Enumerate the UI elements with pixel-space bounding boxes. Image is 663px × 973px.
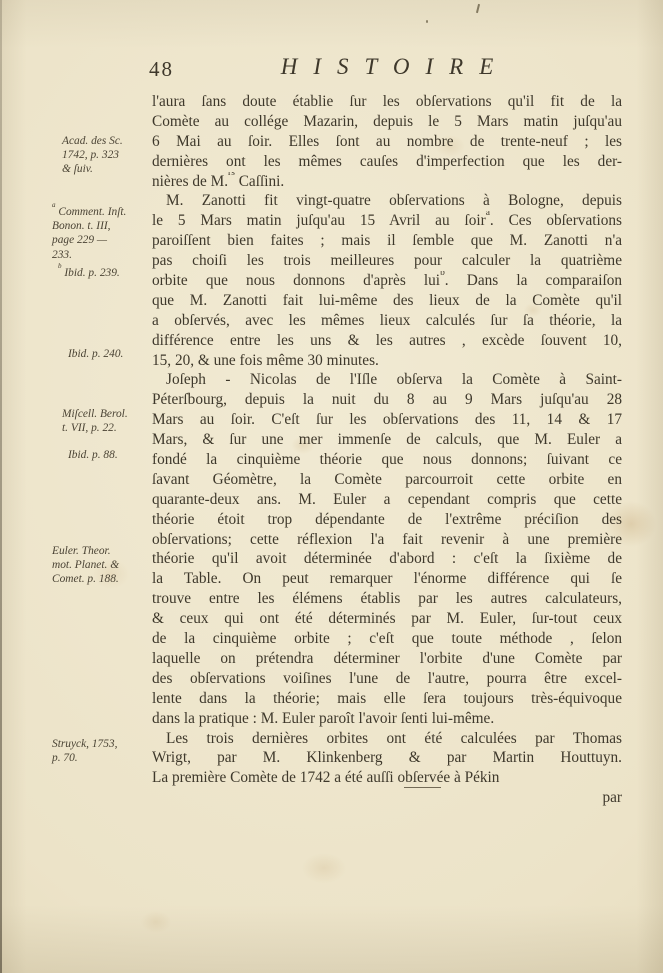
text-line: 6 Mai au ſoir. Elles ſont au nombre de t… bbox=[152, 132, 622, 152]
text-line: quarante-deux ans. M. Euler a cependant … bbox=[152, 490, 622, 510]
margin-note: Euler. Theor.mot. Planet. &Comet. p. 188… bbox=[52, 544, 150, 587]
margin-note: Ibid. p. 88. bbox=[52, 448, 166, 462]
text-line: a obſervés, avec les mêmes lieux calculé… bbox=[152, 311, 622, 331]
text-line: obſervations; cette réflexion l'a fait r… bbox=[152, 530, 622, 550]
margin-note-line: mot. Planet. & bbox=[52, 558, 150, 572]
text-line: laquelle on prétendra déterminer l'orbit… bbox=[152, 649, 622, 669]
text-line: orbite que nous donnons d'après luib. Da… bbox=[152, 271, 622, 291]
text-line: lente dans la théorie; mais elle ſera to… bbox=[152, 689, 622, 709]
margin-note-line: page 229 — bbox=[52, 233, 150, 247]
text-line: & ceux qui ont été déterminés par M. Eul… bbox=[152, 609, 622, 629]
paragraph: Joſeph - Nicolas de l'Iſle obſerva la Co… bbox=[152, 370, 622, 728]
margin-note: a Comment. Inſt.Bonon. t. III,page 229 —… bbox=[52, 205, 150, 262]
ink-fleck bbox=[476, 4, 480, 13]
margin-note-line: Euler. Theor. bbox=[52, 544, 150, 558]
paragraph: M. Zanotti fit vingt-quatre obſervations… bbox=[152, 191, 622, 370]
text-line: M. Zanotti fit vingt-quatre obſervations… bbox=[152, 191, 622, 211]
text-line: différence entre les uns & les autres , … bbox=[152, 331, 622, 351]
paragraph: Les trois dernières orbites ont été calc… bbox=[152, 729, 622, 789]
catchword: par bbox=[152, 789, 622, 807]
text-line: Mars au ſoir. C'eſt ſur les obſervations… bbox=[152, 410, 622, 430]
margin-note-line: Acad. des Sc. bbox=[62, 134, 160, 148]
paper-stain bbox=[134, 906, 178, 938]
text-line: fondé la cinquième théorie que nous donn… bbox=[152, 450, 622, 470]
margin-note-line: 233. bbox=[52, 248, 150, 262]
text-line: des obſervations voiſines l'une de l'aut… bbox=[152, 669, 622, 689]
margin-note-line: p. 70. bbox=[52, 751, 150, 765]
text-line: la Table. On peut remarquer l'énorme dif… bbox=[152, 569, 622, 589]
text-line: paroiſſent bien faites ; mais il ſemble … bbox=[152, 231, 622, 251]
margin-note-line: Comet. p. 188. bbox=[52, 572, 150, 586]
margin-note: Acad. des Sc.1742, p. 323& ſuiv. bbox=[52, 134, 160, 177]
margin-note: b Ibid. p. 239. bbox=[52, 266, 156, 280]
page-edge-shadow bbox=[0, 0, 2, 973]
text-line: théorie qu'il avoit déterminée d'abord :… bbox=[152, 549, 622, 569]
text-line: Mars, & ſur une mer immenſe de calculs, … bbox=[152, 430, 622, 450]
margin-note-line: Miſcell. Berol. bbox=[62, 407, 160, 421]
text-line: le 5 Mars matin juſqu'au 15 Avril au ſoi… bbox=[152, 211, 622, 231]
text-line: Joſeph - Nicolas de l'Iſle obſerva la Co… bbox=[152, 370, 622, 390]
margin-note-line: a Comment. Inſt. bbox=[52, 205, 150, 219]
text-line: Péterſbourg, depuis la nuit du 8 au 9 Ma… bbox=[152, 390, 622, 410]
text-line: ſavant Géomètre, la Comète parcourroit c… bbox=[152, 470, 622, 490]
text-line: dans la pratique : M. Euler paroît l'avo… bbox=[152, 709, 622, 729]
margin-note: Miſcell. Berol.t. VII, p. 22. bbox=[52, 407, 160, 435]
margin-note-line: & ſuiv. bbox=[62, 162, 160, 176]
margin-note-line: b Ibid. p. 239. bbox=[58, 266, 156, 280]
text-block: l'aura ſans doute établie ſur les obſerv… bbox=[152, 92, 622, 788]
book-page: 48 HISTOIRE Acad. des Sc.1742, p. 323& ſ… bbox=[0, 0, 663, 973]
margin-note-line: t. VII, p. 22. bbox=[62, 421, 160, 435]
text-line: que M. Zanotti fait lui-même des lieux d… bbox=[152, 291, 622, 311]
margin-note-line: 1742, p. 323 bbox=[62, 148, 160, 162]
margin-note-line: Bonon. t. III, bbox=[52, 219, 150, 233]
text-line: pas choiſi les trois meilleures pour cal… bbox=[152, 251, 622, 271]
text-line: 15, 20, & une fois même 30 minutes. bbox=[152, 351, 622, 371]
text-line: théorie étoit trop dépendante de l'extrê… bbox=[152, 510, 622, 530]
text-line: La première Comète de 1742 a été auſſi o… bbox=[152, 768, 622, 788]
paragraph: l'aura ſans doute établie ſur les obſerv… bbox=[152, 92, 622, 191]
margin-note-line: Struyck, 1753, bbox=[52, 737, 150, 751]
text-line: nières de M.rs Caſſini. bbox=[152, 172, 622, 192]
text-line: dernières ont les mêmes cauſes d'imperfe… bbox=[152, 152, 622, 172]
text-line: l'aura ſans doute établie ſur les obſerv… bbox=[152, 92, 622, 112]
text-line: Wrigt, par M. Klinkenberg & par Martin H… bbox=[152, 748, 622, 768]
margin-note: Ibid. p. 240. bbox=[52, 347, 166, 361]
ink-fleck bbox=[426, 20, 428, 23]
paper-stain bbox=[292, 846, 356, 890]
margin-note: Struyck, 1753,p. 70. bbox=[52, 737, 150, 765]
running-header: HISTOIRE bbox=[152, 54, 622, 80]
text-line: de la cinquième orbite ; c'eſt que toute… bbox=[152, 629, 622, 649]
text-line: trouve entre les élémens établis par les… bbox=[152, 589, 622, 609]
text-line: Comète au collége Mazarin, depuis le 5 M… bbox=[152, 112, 622, 132]
text-line: Les trois dernières orbites ont été calc… bbox=[152, 729, 622, 749]
